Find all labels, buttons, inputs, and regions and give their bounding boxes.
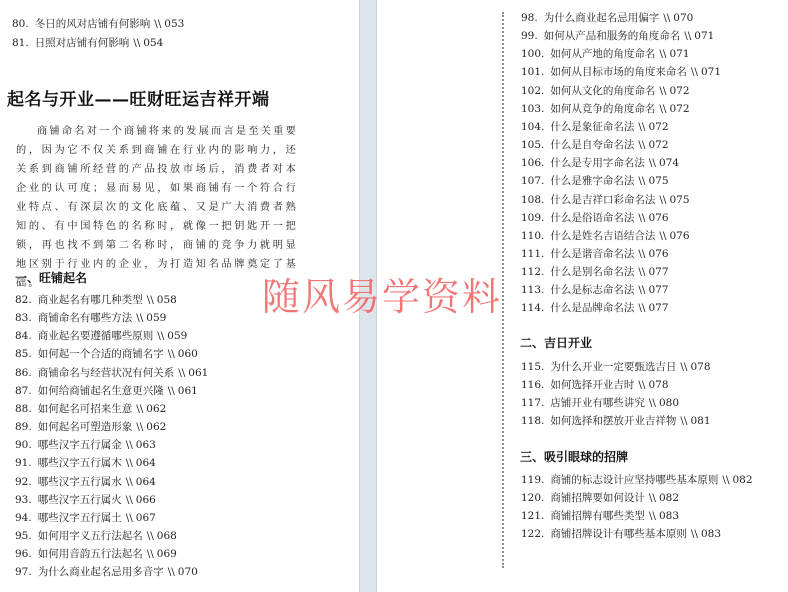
toc-item-number: 109. [521,211,544,225]
toc-item-separator: \\ [147,294,154,306]
toc-item: 106.什么是专用字命名法\\074 [521,156,679,170]
toc-item-number: 102. [521,84,544,98]
toc-item-number: 117. [521,396,544,410]
toc-item-title: 什么是谐音命名法 [550,248,634,260]
toc-item-title: 什么是俗语命名法 [550,212,634,224]
toc-item-page: 068 [157,530,177,542]
toc-item-title: 商铺命名与经营状况有何关系 [38,367,175,379]
toc-item-separator: \\ [638,302,645,314]
toc-item-title: 什么是专用字命名法 [550,157,645,169]
toc-item-title: 什么是吉祥口彩命名法 [550,194,655,206]
toc-item-number: 88. [15,402,32,416]
toc-item-title: 如何用字义五行法起名 [38,530,143,542]
toc-item-page: 059 [146,312,166,324]
toc-item: 110.什么是姓名吉语结合法\\076 [521,229,690,243]
toc-item-page: 076 [648,248,668,260]
toc-item: 94.哪些汉字五行属土\\067 [15,511,156,525]
toc-item-title: 如何选择开业吉时 [550,379,634,391]
toc-item-title: 如何从目标市场的角度来命名 [550,66,687,78]
toc-item-title: 哪些汉字五行属水 [38,476,122,488]
toc-item-page: 061 [188,367,208,379]
toc-item-page: 067 [136,512,156,524]
toc-item: 84.商业起名要遵循哪些原则\\059 [15,329,187,343]
toc-item-page: 076 [669,230,689,242]
toc-item-page: 062 [146,403,166,415]
toc-item-separator: \\ [649,157,656,169]
toc-item-number: 97. [15,565,32,579]
toc-item-separator: \\ [136,312,143,324]
toc-item-number: 104. [521,120,544,134]
toc-item-page: 070 [673,12,693,24]
toc-item: 113.什么是标志命名法\\077 [521,283,669,297]
toc-item-title: 什么是姓名吉语结合法 [550,230,655,242]
toc-item: 119.商铺的标志设计应坚持哪些基本原则\\082 [521,473,753,487]
toc-item-separator: \\ [691,528,698,540]
toc-item: 118.如何选择和摆放开业吉祥物\\081 [521,414,711,428]
dotted-column-rule [502,12,504,568]
toc-item-page: 082 [659,492,679,504]
toc-item-number: 120. [521,491,544,505]
toc-item-number: 96. [15,547,32,561]
toc-item-number: 83. [15,311,32,325]
toc-item: 109.什么是俗语命名法\\076 [521,211,669,225]
toc-item-separator: \\ [638,212,645,224]
toc-item-title: 哪些汉字五行属金 [38,439,122,451]
toc-item-page: 082 [732,474,752,486]
toc-item-number: 95. [15,529,32,543]
toc-item-separator: \\ [126,457,133,469]
toc-item-separator: \\ [136,403,143,415]
toc-item-title: 什么是别名命名法 [550,266,634,278]
toc-item: 97.为什么商业起名忌用多音字\\070 [15,565,198,579]
toc-item-number: 111. [521,247,544,261]
toc-item: 88.如何起名可招来生意\\062 [15,402,166,416]
chapter-title: 起名与开业——旺财旺运吉祥开端 [7,85,270,110]
toc-item-page: 083 [701,528,721,540]
toc-item: 98.为什么商业起名忌用偏字\\070 [521,11,693,25]
toc-item-separator: \\ [168,385,175,397]
toc-item-page: 074 [659,157,679,169]
toc-item-title: 什么是雅字命名法 [550,175,634,187]
toc-item: 92.哪些汉字五行属水\\064 [15,475,156,489]
toc-item-page: 072 [669,85,689,97]
toc-item-number: 89. [15,420,32,434]
toc-item: 89.如何起名可塑造形象\\062 [15,420,166,434]
toc-item-page: 063 [136,439,156,451]
toc-item: 114.什么是品牌命名法\\077 [521,301,669,315]
toc-item-page: 064 [136,476,156,488]
toc-item-title: 如何选择和摆放开业吉祥物 [550,415,676,427]
toc-item-page: 061 [178,385,198,397]
toc-item-number: 100. [521,47,544,61]
toc-item-separator: \\ [638,284,645,296]
toc-item-title: 商业起名有哪几种类型 [38,294,143,306]
toc-item-page: 072 [648,139,668,151]
toc-item-page: 064 [136,457,156,469]
toc-item-page: 053 [164,18,184,30]
toc-item-page: 054 [143,37,163,49]
toc-item: 104.什么是象征命名法\\072 [521,120,669,134]
toc-item-separator: \\ [157,330,164,342]
section-heading-2: 二、吉日开业 [520,334,592,351]
toc-item: 108.什么是吉祥口彩命名法\\075 [521,193,690,207]
toc-item-separator: \\ [638,175,645,187]
toc-item: 82.商业起名有哪几种类型\\058 [15,293,177,307]
toc-item: 107.什么是雅字命名法\\075 [521,174,669,188]
toc-item-number: 116. [521,378,544,392]
toc-item-number: 118. [521,414,544,428]
toc-item-separator: \\ [126,476,133,488]
toc-item-page: 076 [648,212,668,224]
toc-item: 102.如何从文化的角度命名\\072 [521,84,690,98]
toc-item-page: 072 [648,121,668,133]
toc-item: 122.商铺招牌设计有哪些基本原则\\083 [521,527,721,541]
toc-item-separator: \\ [691,66,698,78]
toc-item: 95.如何用字义五行法起名\\068 [15,529,177,543]
toc-item: 83.商铺命名有哪些方法\\059 [15,311,166,325]
toc-item-separator: \\ [638,139,645,151]
toc-item-page: 058 [157,294,177,306]
toc-item-number: 103. [521,102,544,116]
toc-item-title: 如何用音韵五行法起名 [38,548,143,560]
toc-item-number: 110. [521,229,544,243]
toc-item-number: 108. [521,193,544,207]
toc-item-title: 什么是自夸命名法 [550,139,634,151]
toc-item-title: 商铺招牌要如何设计 [550,492,645,504]
toc-item-number: 87. [15,384,32,398]
toc-item-separator: \\ [649,397,656,409]
toc-item: 120.商铺招牌要如何设计\\082 [521,491,679,505]
toc-item-title: 如何从竞争的角度命名 [550,103,655,115]
toc-item-separator: \\ [659,230,666,242]
toc-item: 99.如何从产品和服务的角度命名\\071 [521,29,714,43]
toc-item-separator: \\ [649,492,656,504]
toc-item-page: 071 [694,30,714,42]
toc-item-number: 105. [521,138,544,152]
toc-item-title: 冬日的风对店铺有何影响 [35,18,151,30]
toc-item-title: 如何从产地的角度命名 [550,48,655,60]
toc-item-title: 什么是标志命名法 [550,284,634,296]
toc-item-separator: \\ [659,48,666,60]
toc-item-number: 90. [15,438,32,452]
toc-item-separator: \\ [178,367,185,379]
toc-item: 115.为什么开业一定要甄选吉日\\078 [521,360,711,374]
toc-item-separator: \\ [136,421,143,433]
toc-item-number: 85. [15,347,32,361]
toc-item-title: 如何从文化的角度命名 [550,85,655,97]
toc-item-title: 商业起名要遵循哪些原则 [38,330,154,342]
toc-item-separator: \\ [168,348,175,360]
toc-item: 87.如何给商铺起名生意更兴隆\\061 [15,384,198,398]
toc-item-title: 哪些汉字五行属木 [38,457,122,469]
toc-item-page: 077 [648,266,668,278]
toc-item-page: 069 [157,548,177,560]
toc-item: 96.如何用音韵五行法起名\\069 [15,547,177,561]
toc-item: 116.如何选择开业吉时\\078 [521,378,669,392]
toc-item-page: 083 [659,510,679,522]
toc-item-number: 106. [521,156,544,170]
toc-item: 90.哪些汉字五行属金\\063 [15,438,156,452]
toc-item-page: 078 [648,379,668,391]
toc-item: 85.如何起一个合适的商铺名字\\060 [15,347,198,361]
toc-item-title: 店铺开业有哪些讲究 [550,397,645,409]
toc-item-number: 81. [12,36,29,50]
toc-item-separator: \\ [659,103,666,115]
toc-item-title: 商铺命名有哪些方法 [38,312,133,324]
toc-item-number: 115. [521,360,544,374]
toc-item-separator: \\ [659,194,666,206]
toc-item-number: 112. [521,265,544,279]
toc-item-number: 82. [15,293,32,307]
toc-item: 80.冬日的风对店铺有何影响\\053 [12,17,184,31]
toc-item-title: 如何给商铺起名生意更兴隆 [38,385,164,397]
toc-item-separator: \\ [722,474,729,486]
toc-item: 101.如何从目标市场的角度来命名\\071 [521,65,721,79]
toc-item-number: 121. [521,509,544,523]
toc-item-separator: \\ [638,248,645,260]
toc-item-separator: \\ [684,30,691,42]
toc-item: 112.什么是别名命名法\\077 [521,265,669,279]
toc-item-page: 071 [701,66,721,78]
toc-item-page: 081 [690,415,710,427]
toc-item-separator: \\ [126,512,133,524]
toc-item: 81.日照对店铺有何影响\\054 [12,36,163,50]
toc-item-title: 如何从产品和服务的角度命名 [544,30,681,42]
toc-item-title: 如何起名可塑造形象 [38,421,133,433]
toc-item: 121.商铺招牌有哪些类型\\083 [521,509,679,523]
toc-item-number: 114. [521,301,544,315]
toc-item-separator: \\ [638,379,645,391]
toc-item-page: 062 [146,421,166,433]
toc-item-number: 99. [521,29,538,43]
toc-item-separator: \\ [649,510,656,522]
toc-item: 86.商铺命名与经营状况有何关系\\061 [15,366,208,380]
toc-item-number: 113. [521,283,544,297]
toc-item-title: 日照对店铺有何影响 [35,37,130,49]
toc-item: 93.哪些汉字五行属火\\066 [15,493,156,507]
toc-item-page: 060 [178,348,198,360]
toc-item-title: 什么是象征命名法 [550,121,634,133]
section-heading-1: 一、旺铺起名 [15,269,87,286]
toc-item-separator: \\ [126,439,133,451]
toc-item-title: 哪些汉字五行属火 [38,494,122,506]
toc-item-separator: \\ [680,415,687,427]
toc-item-number: 94. [15,511,32,525]
toc-item-separator: \\ [663,12,670,24]
toc-item-number: 122. [521,527,544,541]
toc-item-number: 91. [15,456,32,470]
toc-item-page: 075 [648,175,668,187]
toc-item-separator: \\ [154,18,161,30]
section-heading-3: 三、吸引眼球的招牌 [520,448,628,465]
toc-item-number: 80. [12,17,29,31]
toc-item-title: 如何起一个合适的商铺名字 [38,348,164,360]
toc-item-page: 080 [659,397,679,409]
toc-item-number: 93. [15,493,32,507]
toc-item-page: 077 [648,284,668,296]
toc-item-title: 什么是品牌命名法 [550,302,634,314]
toc-item-number: 92. [15,475,32,489]
toc-item-title: 商铺招牌设计有哪些基本原则 [550,528,687,540]
toc-item-number: 107. [521,174,544,188]
toc-item-separator: \\ [659,85,666,97]
toc-item-page: 059 [167,330,187,342]
toc-item-title: 商铺招牌有哪些类型 [550,510,645,522]
toc-item-number: 119. [521,473,544,487]
toc-item: 111.什么是谐音命名法\\076 [521,247,669,261]
toc-item-page: 071 [669,48,689,60]
toc-item-number: 86. [15,366,32,380]
toc-item-separator: \\ [680,361,687,373]
toc-item: 117.店铺开业有哪些讲究\\080 [521,396,679,410]
toc-item-separator: \\ [147,548,154,560]
toc-item-separator: \\ [638,121,645,133]
toc-item-number: 98. [521,11,538,25]
toc-item-number: 101. [521,65,544,79]
toc-item-title: 为什么商业起名忌用多音字 [38,566,164,578]
toc-item-page: 066 [136,494,156,506]
toc-item-page: 078 [690,361,710,373]
toc-item-separator: \\ [638,266,645,278]
toc-item-title: 商铺的标志设计应坚持哪些基本原则 [550,474,718,486]
toc-item-title: 为什么开业一定要甄选吉日 [550,361,676,373]
watermark-text: 随风易学资料 [262,266,502,321]
toc-item: 105.什么是自夸命名法\\072 [521,138,669,152]
toc-item: 103.如何从竞争的角度命名\\072 [521,102,690,116]
toc-item-number: 84. [15,329,32,343]
toc-item-title: 哪些汉字五行属土 [38,512,122,524]
toc-item-page: 077 [648,302,668,314]
toc-item-separator: \\ [133,37,140,49]
chapter-intro-paragraph: 商铺命名对一个商铺将来的发展而言是至关重要的，因为它不仅关系到商铺在行业内的影响… [16,122,298,293]
toc-item-title: 为什么商业起名忌用偏字 [544,12,660,24]
toc-item-page: 070 [178,566,198,578]
toc-item-separator: \\ [168,566,175,578]
toc-item-page: 072 [669,103,689,115]
toc-item-title: 如何起名可招来生意 [38,403,133,415]
toc-item: 100.如何从产地的角度命名\\071 [521,47,690,61]
toc-item-separator: \\ [126,494,133,506]
toc-item-separator: \\ [147,530,154,542]
toc-item-page: 075 [669,194,689,206]
toc-item: 91.哪些汉字五行属木\\064 [15,456,156,470]
